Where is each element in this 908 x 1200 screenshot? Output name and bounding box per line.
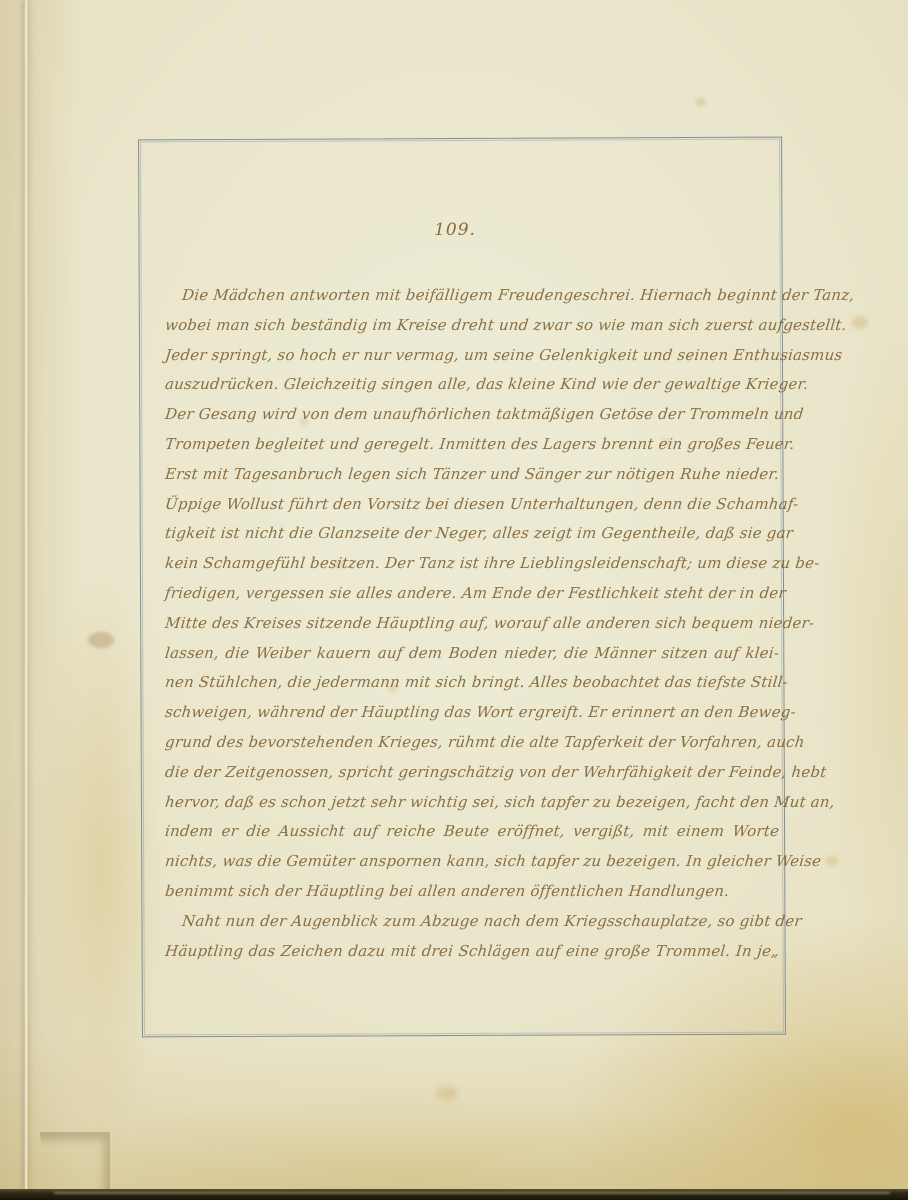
- manuscript-line: friedigen, vergessen sie alles andere. A…: [163, 584, 780, 614]
- manuscript-line: hervor, daß es schon jetzt sehr wichtig …: [163, 793, 780, 823]
- binding-seam: [24, 0, 28, 1192]
- book-edge-bottom: [0, 1189, 908, 1200]
- manuscript-line: Erst mit Tagesanbruch legen sich Tänzer …: [163, 465, 780, 495]
- manuscript-line: nichts, was die Gemüter anspornen kann, …: [163, 852, 780, 882]
- manuscript-line: indem er die Aussicht auf reiche Beute e…: [163, 822, 780, 852]
- manuscript-line: Jeder springt, so hoch er nur vermag, um…: [163, 346, 780, 376]
- manuscript-line: benimmt sich der Häuptling bei allen and…: [163, 882, 780, 912]
- stain-spot: [88, 632, 114, 648]
- book-page-photo: 109. Die Mädchen antworten mit beifällig…: [0, 0, 908, 1200]
- stain-spot: [248, 38, 262, 50]
- manuscript-line: Naht nun der Augenblick zum Abzuge nach …: [163, 912, 780, 942]
- stain-spot: [696, 98, 705, 106]
- manuscript-line: Die Mädchen antworten mit beifälligem Fr…: [163, 286, 780, 316]
- manuscript-line: Trompeten begleitet und geregelt. Inmitt…: [163, 435, 780, 465]
- stain-spot: [852, 316, 868, 329]
- stain-spot: [436, 1086, 458, 1100]
- manuscript-line: Häuptling das Zeichen dazu mit drei Schl…: [163, 942, 780, 972]
- manuscript-line: grund des bevorstehenden Krieges, rühmt …: [163, 733, 780, 763]
- stain-spot: [826, 856, 838, 866]
- manuscript-line: tigkeit ist nicht die Glanzseite der Neg…: [163, 524, 780, 554]
- manuscript-line: kein Schamgefühl besitzen. Der Tanz ist …: [163, 554, 780, 584]
- manuscript-line: nen Stühlchen, die jedermann mit sich br…: [163, 673, 780, 703]
- manuscript-line: auszudrücken. Gleichzeitig singen alle, …: [163, 375, 780, 405]
- manuscript-line: Der Gesang wird von dem unaufhörlichen t…: [163, 405, 780, 435]
- manuscript-line: die der Zeitgenossen, spricht geringschä…: [163, 763, 780, 793]
- page-number: 109.: [140, 220, 770, 240]
- manuscript-line: lassen, die Weiber kauern auf dem Boden …: [163, 644, 780, 674]
- manuscript-line: schweigen, während der Häuptling das Wor…: [163, 703, 780, 733]
- manuscript-line: Mitte des Kreises sitzende Häuptling auf…: [163, 614, 780, 644]
- manuscript-text: Die Mädchen antworten mit beifälligem Fr…: [163, 286, 777, 971]
- manuscript-line: Üppige Wollust führt den Vorsitz bei die…: [163, 495, 780, 525]
- manuscript-line: wobei man sich beständig im Kreise dreht…: [163, 316, 780, 346]
